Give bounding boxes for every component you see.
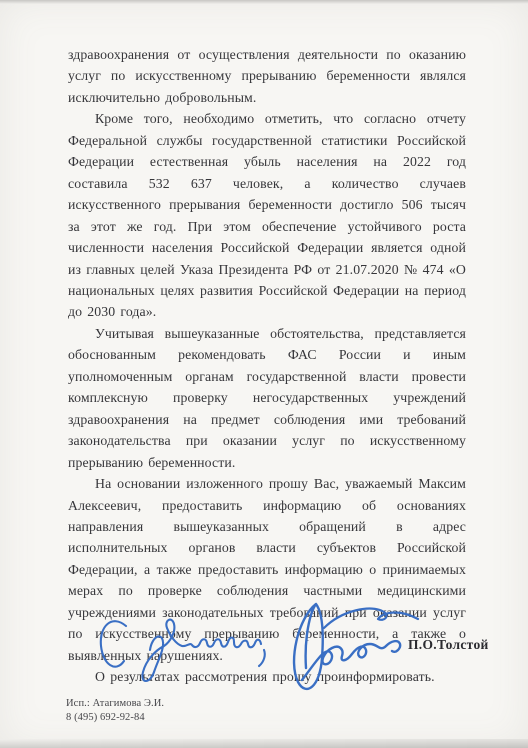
paragraph-statistics: Кроме того, необходимо отметить, что сог… [68, 108, 466, 323]
paragraph-closing-request: О результатах рассмотрения прошу проинфо… [68, 666, 466, 687]
paragraph-continuation: здравоохранения от осуществления деятель… [68, 44, 466, 108]
paragraph-recommendation: Учитывая вышеуказанные обстоятельства, п… [68, 323, 466, 473]
executor-footer: Исп.: Атагимова Э.И. 8 (495) 692-92-84 [66, 697, 164, 724]
letter-body: здравоохранения от осуществления деятель… [68, 44, 466, 688]
executor-name: Исп.: Атагимова Э.И. [66, 697, 164, 711]
scan-edge-top [0, 0, 528, 4]
scan-edge-bottom [0, 739, 528, 748]
executor-phone: 8 (495) 692-92-84 [66, 711, 164, 725]
scanned-letter-page: здравоохранения от осуществления деятель… [0, 0, 528, 748]
paragraph-request: На основании изложенного прошу Вас, уваж… [68, 473, 466, 666]
